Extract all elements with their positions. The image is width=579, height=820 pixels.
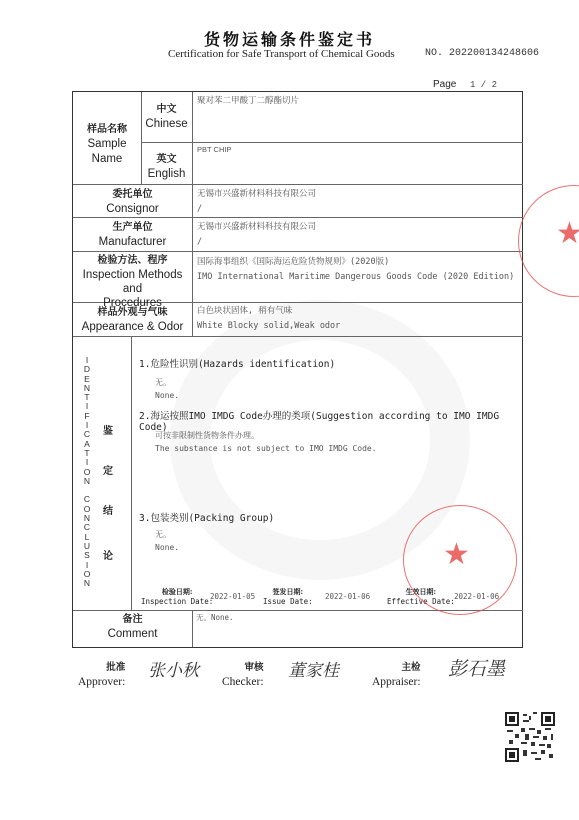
page-number: 1 / 2 xyxy=(470,80,497,90)
sample-name-label: 样品名称 Sample Name xyxy=(73,122,141,167)
seal-star-icon: ★ xyxy=(556,216,579,251)
issue-date-value: 2022-01-06 xyxy=(325,592,370,601)
section-3-title: 3.包装类别(Packing Group) xyxy=(139,510,274,524)
manufacturer-value: 无锡市兴盛新材料科技有限公司 / xyxy=(197,220,316,250)
manufacturer-label: 生产单位 Manufacturer xyxy=(73,220,192,250)
conclusion-cn-char-2: 定 xyxy=(103,462,113,477)
document-title-en: Certification for Safe Transport of Chem… xyxy=(168,48,395,60)
english-label: 英文 English xyxy=(141,152,192,182)
conclusion-cn-char-1: 鉴 xyxy=(103,422,113,437)
inspection-methods-value: 国际海事组织《国际海运危险货物规则》(2020版) IMO Internatio… xyxy=(197,255,514,285)
inspection-date-label: 检验日期: Inspection Date: xyxy=(141,587,213,607)
appraiser-signature: 彭石墨 xyxy=(448,654,505,681)
section-1-content: 无。 None. xyxy=(155,376,179,402)
issue-date-label: 签发日期: Issue Date: xyxy=(263,587,313,607)
section-3-content: 无。 None. xyxy=(155,528,179,554)
sample-name-english: PBT CHIP xyxy=(197,142,231,157)
qr-code xyxy=(505,712,555,762)
checker-signature: 董家桂 xyxy=(288,656,339,681)
consignor-label: 委托单位 Consignor xyxy=(73,187,192,217)
seal-star-icon: ★ xyxy=(443,537,470,572)
appearance-label: 样品外观与气味 Appearance & Odor xyxy=(73,305,192,335)
certificate-number: NO. 202200134248606 xyxy=(425,48,539,59)
consignor-value: 无锡市兴盛新材料科技有限公司 / xyxy=(197,187,316,217)
inspection-methods-label: 检验方法、程序 Inspection Methods and Procedure… xyxy=(73,254,192,310)
appraiser-label: 主检 Appraiser: xyxy=(372,660,421,690)
approver-signature: 张小秋 xyxy=(148,656,199,681)
comment-label: 备注 Comment xyxy=(73,612,192,642)
chinese-label: 中文 Chinese xyxy=(141,102,192,132)
section-1-title: 1.危险性识别(Hazards identification) xyxy=(139,356,335,370)
sample-name-chinese: 聚对苯二甲酸丁二醇酯切片 xyxy=(197,94,299,109)
document-title-cn: 货物运输条件鉴定书 xyxy=(0,27,579,50)
identification-conclusion-vertical-label: IDENTIFICATION CONCLUSION xyxy=(81,356,93,588)
inspection-date-value: 2022-01-05 xyxy=(210,592,255,601)
section-2-content: 可按非限制性货物条件办理。 The substance is not subje… xyxy=(155,429,377,455)
approver-label: 批准 Approver: xyxy=(78,660,125,690)
page-label: Page xyxy=(433,79,456,90)
appearance-value: 白色块状固体, 稍有气味 White Blocky solid,Weak odo… xyxy=(197,304,340,334)
conclusion-cn-char-4: 论 xyxy=(103,547,113,562)
checker-label: 审核 Checker: xyxy=(222,660,264,690)
conclusion-cn-char-3: 结 xyxy=(103,502,113,517)
comment-value: 无。None. xyxy=(196,610,234,625)
